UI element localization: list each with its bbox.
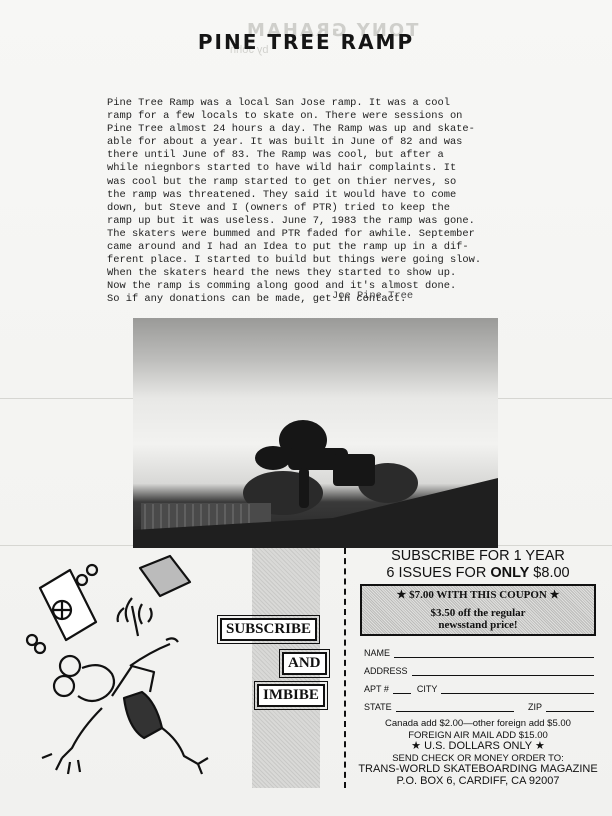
article-line: down, but Steve and I (owners of PTR) tr… bbox=[107, 202, 527, 215]
coupon-headline-1: SUBSCRIBE FOR 1 YEAR bbox=[356, 548, 600, 565]
article-line: Pine Tree almost 24 hours a day. The Ram… bbox=[107, 123, 527, 136]
article-signature: Joe Pine Tree bbox=[332, 290, 413, 302]
coupon-offer-box: ★ $7.00 WITH THIS COUPON ★ $3.50 off the… bbox=[360, 584, 596, 636]
apt-field[interactable] bbox=[393, 684, 411, 694]
city-field[interactable] bbox=[441, 684, 594, 694]
apt-label: APT # bbox=[364, 684, 389, 694]
article-line: the ramp was threatened. They said it wo… bbox=[107, 189, 527, 202]
city-label: CITY bbox=[417, 684, 438, 694]
coupon-offer-sub-1: $3.50 off the regular bbox=[366, 607, 590, 619]
article-line: Now the ramp is comming along good and i… bbox=[107, 280, 527, 293]
apt-city-row: APT # CITY bbox=[364, 680, 594, 694]
coupon-form: NAME ADDRESS APT # CITY STATE ZIP bbox=[364, 644, 594, 712]
coupon-offer-sub-2: newsstand price! bbox=[366, 619, 590, 631]
article-line: there until June of 83. The Ramp was coo… bbox=[107, 149, 527, 162]
article-line: When the skaters heard the news they sta… bbox=[107, 267, 527, 280]
coupon-cut-line bbox=[344, 548, 346, 788]
label-subscribe: SUBSCRIBE bbox=[220, 618, 317, 641]
zip-field[interactable] bbox=[546, 702, 594, 712]
article-line: came around and I had an Idea to put the… bbox=[107, 241, 527, 254]
article-line: The skaters were bummed and PTR faded fo… bbox=[107, 228, 527, 241]
article-line: was cool but the ramp started to get on … bbox=[107, 176, 527, 189]
state-label: STATE bbox=[364, 702, 392, 712]
article-line: So if any donations can be made, get in … bbox=[107, 293, 527, 306]
coupon-footer: Canada add $2.00—other foreign add $5.00… bbox=[356, 718, 600, 787]
ad-illustration-panel: SUBSCRIBE AND IMBIBE bbox=[12, 548, 332, 788]
article-title: PINE TREE RAMP bbox=[0, 30, 612, 54]
article-line: Pine Tree Ramp was a local San Jose ramp… bbox=[107, 97, 527, 110]
subscription-coupon: SUBSCRIBE FOR 1 YEAR 6 ISSUES FOR ONLY $… bbox=[356, 548, 600, 787]
article-line: ferent place. I started to build but thi… bbox=[107, 254, 527, 267]
article-body: Pine Tree Ramp was a local San Jose ramp… bbox=[107, 97, 527, 307]
article-line: able for about a year. It was built in J… bbox=[107, 136, 527, 149]
name-field[interactable]: NAME bbox=[364, 644, 594, 658]
magazine-address: P.O. BOX 6, CARDIFF, CA 92007 bbox=[356, 776, 600, 788]
article-line: ramp for a few locals to skate on. There… bbox=[107, 110, 527, 123]
coupon-headline-2: 6 ISSUES FOR ONLY $8.00 bbox=[356, 565, 600, 582]
zip-label: ZIP bbox=[528, 702, 542, 712]
skate-photo bbox=[133, 318, 498, 548]
address-field[interactable]: ADDRESS bbox=[364, 662, 594, 676]
cartoon-skater-icon bbox=[12, 548, 252, 788]
label-imbibe: IMBIBE bbox=[257, 684, 325, 707]
canada-note: Canada add $2.00—other foreign add $5.00 bbox=[356, 718, 600, 730]
label-and: AND bbox=[282, 652, 327, 675]
state-zip-row: STATE ZIP bbox=[364, 698, 594, 712]
coupon-offer-line: ★ $7.00 WITH THIS COUPON ★ bbox=[366, 589, 590, 601]
subscription-ad: SUBSCRIBE AND IMBIBE SUBSCRIBE FOR 1 YEA… bbox=[12, 548, 600, 788]
usd-note: ★ U.S. DOLLARS ONLY ★ bbox=[356, 741, 600, 753]
article-line: while niegnbors started to have wild hai… bbox=[107, 162, 527, 175]
article-line: ramp up but it was useless. June 7, 1983… bbox=[107, 215, 527, 228]
magazine-name: TRANS-WORLD SKATEBOARDING MAGAZINE bbox=[356, 764, 600, 776]
zine-page: TONY GRAHAM by John PINE TREE RAMP Pine … bbox=[0, 0, 612, 816]
state-field[interactable] bbox=[396, 702, 514, 712]
